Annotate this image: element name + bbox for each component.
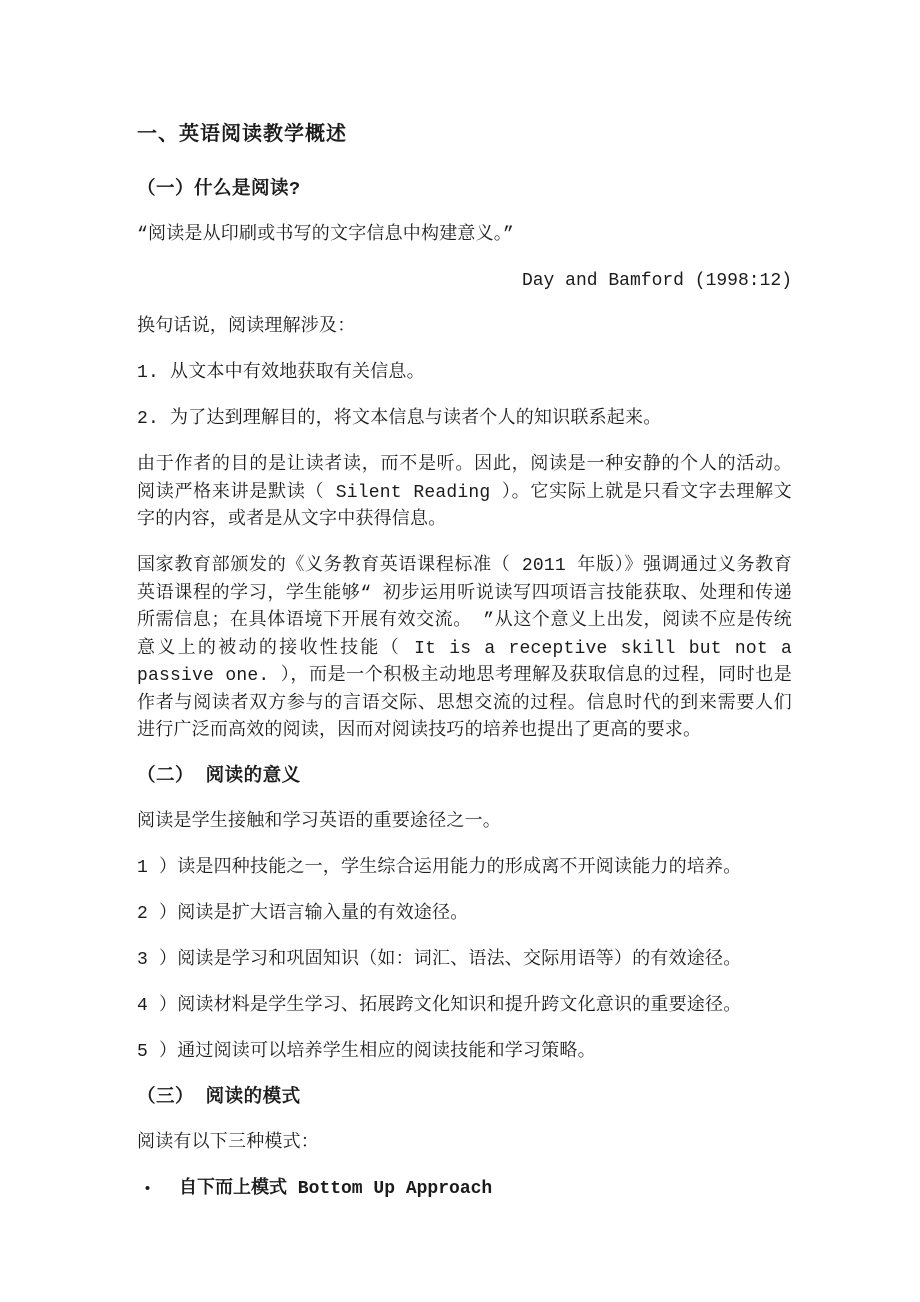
paragraph-silent-reading: 由于作者的目的是让读者读，而不是听。因此，阅读是一种安静的个人的活动。阅读严格来… bbox=[137, 452, 792, 535]
list-item-reading-strategies: 5 ）通过阅读可以培养学生相应的阅读技能和学习策略。 bbox=[137, 1039, 792, 1067]
citation-day-and-bamford: Day and Bamford (1998:12) bbox=[137, 268, 792, 296]
paragraph-in-other-words: 换句话说，阅读理解涉及： bbox=[137, 314, 792, 342]
bullet-item-label: 自下而上模式 Bottom Up Approach bbox=[179, 1176, 492, 1204]
bullet-dot-icon: • bbox=[143, 1176, 179, 1204]
paragraph-three-modes: 阅读有以下三种模式： bbox=[137, 1130, 792, 1158]
list-item-cross-cultural: 4 ）阅读材料是学生学习、拓展跨文化知识和提升跨文化意识的重要途径。 bbox=[137, 993, 792, 1021]
paragraph-curriculum-standard: 国家教育部颁发的《义务教育英语课程标准（ 2011 年版）》强调通过义务教育英语… bbox=[137, 553, 792, 746]
paragraph-reading-important-way: 阅读是学生接触和学习英语的重要途径之一。 bbox=[137, 809, 792, 837]
list-item-language-input: 2 ）阅读是扩大语言输入量的有效途径。 bbox=[137, 901, 792, 929]
list-item-consolidate-knowledge: 3 ）阅读是学习和巩固知识（如：词汇、语法、交际用语等）的有效途径。 bbox=[137, 947, 792, 975]
list-item-connect-knowledge: 2. 为了达到理解目的，将文本信息与读者个人的知识联系起来。 bbox=[137, 406, 792, 434]
heading-reading-teaching-overview: 一、英语阅读教学概述 bbox=[137, 122, 792, 149]
heading-reading-modes: （三） 阅读的模式 bbox=[137, 1085, 792, 1111]
document-page: 一、英语阅读教学概述 （一）什么是阅读? “阅读是从印刷或书写的文字信息中构建意… bbox=[0, 0, 920, 1302]
quote-reading-definition: “阅读是从印刷或书写的文字信息中构建意义。” bbox=[137, 222, 792, 250]
list-item-obtain-information: 1. 从文本中有效地获取有关信息。 bbox=[137, 360, 792, 388]
bullet-item-bottom-up-approach: • 自下而上模式 Bottom Up Approach bbox=[143, 1176, 792, 1204]
heading-what-is-reading: （一）什么是阅读? bbox=[137, 177, 792, 203]
heading-significance-of-reading: （二） 阅读的意义 bbox=[137, 764, 792, 790]
list-item-four-skills: 1 ）读是四种技能之一，学生综合运用能力的形成离不开阅读能力的培养。 bbox=[137, 855, 792, 883]
